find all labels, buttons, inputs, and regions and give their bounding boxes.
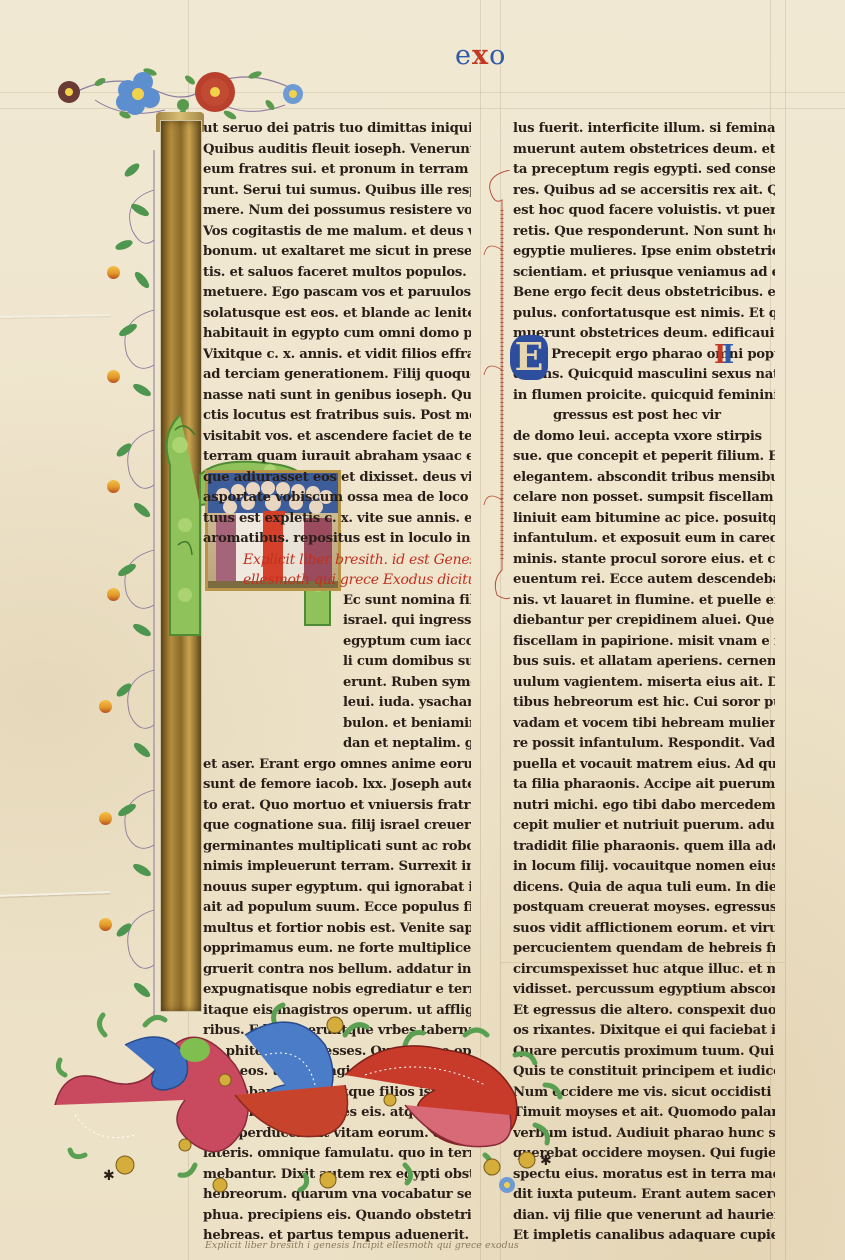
text-line: ta preceptum regis egypti. sed conseruab… bbox=[513, 160, 775, 181]
text-line: infantulum. et exposuit eum in carecto r… bbox=[513, 529, 775, 550]
text-line: Quibus auditis fleuit ioseph. Veneruntqu… bbox=[203, 140, 471, 161]
text-line: israel. qui ingressi sunt bbox=[203, 611, 471, 632]
blue-flower-icon bbox=[116, 72, 160, 115]
text-line: egyptie mulieres. Ipse enim obstetricand… bbox=[513, 242, 775, 263]
text-line: bonum. ut exaltaret me sicut in presenci… bbox=[203, 242, 471, 263]
text-line: de domo leui. accepta vxore stirpis bbox=[513, 427, 775, 448]
text-line: ctis locutus est fratribus suis. Post mo… bbox=[203, 406, 471, 427]
text-line: res. Quibus ad se accersitis rex ait. Qu… bbox=[513, 181, 775, 202]
left-vine-border-icon bbox=[102, 150, 158, 1020]
ruling-line bbox=[785, 0, 786, 1260]
text-line: to erat. Quo mortuo et vniuersis fratrib… bbox=[203, 796, 471, 817]
text-line: scientiam. et priusque veniamus ad eas p… bbox=[513, 263, 775, 284]
text-line: postquam creuerat moyses. egressus ad fr… bbox=[513, 898, 775, 919]
text-line: nasse nati sunt in genibus ioseph. Quibu… bbox=[203, 386, 471, 407]
text-line: in locum filij. vocauitque nomen eius mo… bbox=[513, 857, 775, 878]
text-line: pulus. confortatusque est nimis. Et quia… bbox=[513, 304, 775, 325]
gold-berry-icon bbox=[107, 480, 120, 493]
parchment-crease bbox=[0, 314, 110, 318]
marginal-note: Explicit liber bresith i genesis Incipit… bbox=[205, 1240, 519, 1251]
red-flower-icon bbox=[195, 72, 235, 112]
text-line: dan et neptalim. gad bbox=[203, 734, 471, 755]
acanthus-bottom-border-icon: ✱ ✱ bbox=[45, 995, 585, 1195]
svg-text:✱: ✱ bbox=[540, 1153, 552, 1169]
decorated-initial-e: E bbox=[510, 335, 548, 380]
text-line: terram quam iurauit abraham ysaac et iac… bbox=[203, 447, 471, 468]
text-line: nouus super egyptum. qui ignorabat iosep… bbox=[203, 878, 471, 899]
text-line: Et impletis canalibus adaquare cupiebant bbox=[513, 1226, 775, 1247]
text-line: nutri michi. ego tibi dabo mercedem tuam… bbox=[513, 796, 775, 817]
text-line: Ec sunt nomina filiorum bbox=[203, 591, 471, 612]
text-line: euentum rei. Ecce autem descendebat fili… bbox=[513, 570, 775, 591]
rubric-incipit-exodus: ellesmoth qui grece Exodus dicitur bbox=[203, 570, 471, 591]
text-line: gressus est post hec vir bbox=[513, 406, 775, 427]
text-line: runt. Serui tui sumus. Quibus ille respo… bbox=[203, 181, 471, 202]
text-line: egyptum cum iacob singu- bbox=[203, 632, 471, 653]
text-line: nimis impleuerunt terram. Surrexit inter… bbox=[203, 857, 471, 878]
text-line: muerunt obstetrices deum. edificauit ill… bbox=[513, 324, 775, 345]
text-line: ait ad populum suum. Ecce populus filior… bbox=[203, 898, 471, 919]
text-line: opprimamus eum. ne forte multiplicetur. … bbox=[203, 939, 471, 960]
text-line: solatusque est eos. et blande ac leniter… bbox=[203, 304, 471, 325]
gold-berry-icon bbox=[107, 588, 120, 601]
text-line: que cognatione sua. filij israel creueru… bbox=[203, 816, 471, 837]
text-line: cepit mulier et nutriuit puerum. adultum… bbox=[513, 816, 775, 837]
text-line: bulon. et beniamin bbox=[203, 714, 471, 735]
text-line: multus et fortior nobis est. Venite sapi… bbox=[203, 919, 471, 940]
text-line: celare non posset. sumpsit fiscellam sci… bbox=[513, 488, 775, 509]
text-line: nis. vt lauaret in flumine. et puelle ei… bbox=[513, 591, 775, 612]
rubric-explicit-genesis: Explicit liber bresith. id est Genesis. … bbox=[203, 550, 471, 571]
text-line: percucientem quendam de hebreis fratribu… bbox=[513, 939, 775, 960]
text-line: diebantur per crepidinem aluei. Que cum … bbox=[513, 611, 775, 632]
text-line: eum fratres sui. et pronum in terram ado… bbox=[203, 160, 471, 181]
text-line: erunt. Ruben symeon bbox=[203, 673, 471, 694]
text-line: suos vidit afflictionem eorum. et virum … bbox=[513, 919, 775, 940]
text-line: sunt de femore iacob. lxx. Joseph autem … bbox=[203, 775, 471, 796]
text-line: in flumen proicite. quicquid feminini re… bbox=[513, 386, 775, 407]
text-line: fiscellam in papirione. misit vnam e fam… bbox=[513, 632, 775, 653]
blue-initial-i: I bbox=[722, 340, 734, 370]
text-line: asportate vobiscum ossa mea de loco isto… bbox=[203, 488, 471, 509]
text-line: retis. Que responderunt. Non sunt hebree… bbox=[513, 222, 775, 243]
text-line: mere. Num dei possumus resistere volunta… bbox=[203, 201, 471, 222]
running-head-letter: x bbox=[472, 40, 489, 71]
text-line: circumspexisset huc atque illuc. et nemi… bbox=[513, 960, 775, 981]
text-line: tibus hebreorum est hic. Cui soror pueri… bbox=[513, 693, 775, 714]
text-line: re possit infantulum. Respondit. Vade. P… bbox=[513, 734, 775, 755]
text-line: li cum domibus suis introi- bbox=[203, 652, 471, 673]
gold-berry-icon bbox=[99, 700, 112, 713]
text-line: tuus est expletis c. x. vite sue annis. … bbox=[203, 509, 471, 530]
running-head-letter: o bbox=[489, 40, 506, 71]
gold-berry-icon bbox=[107, 370, 120, 383]
text-line: metuere. Ego pascam vos et paruulos vest… bbox=[203, 283, 471, 304]
text-line: elegantem. abscondit tribus mensibus. Cu… bbox=[513, 468, 775, 489]
brown-flower-icon bbox=[58, 81, 80, 103]
text-line: phua. precipiens eis. Quando obstetricab… bbox=[203, 1206, 471, 1227]
text-line: ut seruo dei patris tuo dimittas iniquit… bbox=[203, 119, 471, 140]
text-line: ta filia pharaonis. Accipe ait puerum is… bbox=[513, 775, 775, 796]
text-line: est hoc quod facere voluistis. vt pueros… bbox=[513, 201, 775, 222]
text-line: et aser. Erant ergo omnes anime eorum qu… bbox=[203, 755, 471, 776]
small-blue-flower-bottom-icon bbox=[499, 1177, 515, 1193]
parchment-crease bbox=[0, 891, 110, 897]
text-line: liniuit eam bitumine ac pice. posuitque … bbox=[513, 509, 775, 530]
text-line: leui. iuda. ysachar. za- bbox=[203, 693, 471, 714]
gold-berry-icon bbox=[99, 918, 112, 931]
small-blue-flower-icon bbox=[283, 84, 303, 104]
text-line: Vos cogitastis de me malum. et deus vert… bbox=[203, 222, 471, 243]
text-line: mos. Precepit ergo pharao omni populo su… bbox=[513, 345, 775, 366]
text-line: tradidit filie pharaonis. quem illa adop… bbox=[513, 837, 775, 858]
text-line: gruerit contra nos bellum. addatur inimi… bbox=[203, 960, 471, 981]
text-line: bus suis. et allatam aperiens. cernensqu… bbox=[513, 652, 775, 673]
text-line: dicens. Quia de aqua tuli eum. In diebus… bbox=[513, 878, 775, 899]
text-line: lus fuerit. interficite illum. si femina… bbox=[513, 119, 775, 140]
text-line: que adiurasset eos et dixisset. deus vis… bbox=[203, 468, 471, 489]
running-head-exo: exo bbox=[455, 40, 506, 71]
text-line: dicens. Quicquid masculini sexus natum f… bbox=[513, 365, 775, 386]
text-line: ad terciam generationem. Filij quoque ma… bbox=[203, 365, 471, 386]
text-line: germinantes multiplicati sunt ac roborat… bbox=[203, 837, 471, 858]
text-line: Vixitque c. x. annis. et vidit filios ef… bbox=[203, 345, 471, 366]
text-line: muerunt autem obstetrices deum. et non f… bbox=[513, 140, 775, 161]
svg-text:✱: ✱ bbox=[103, 1168, 115, 1184]
text-line: sue. que concepit et peperit filium. Et … bbox=[513, 447, 775, 468]
running-head-letter: e bbox=[455, 40, 472, 71]
text-line: aromatibus. repositus est in loculo in e… bbox=[203, 529, 471, 550]
penwork-flourish-icon bbox=[482, 170, 512, 600]
text-line: vadam et vocem tibi hebream mulierem. qu… bbox=[513, 714, 775, 735]
text-line: visitabit vos. et ascendere faciet de te… bbox=[203, 427, 471, 448]
text-line: puella et vocauit matrem eius. Ad quam l… bbox=[513, 755, 775, 776]
green-bud-icon bbox=[180, 1038, 210, 1062]
text-line: Bene ergo fecit deus obstetricibus. et c… bbox=[513, 283, 775, 304]
text-line: minis. stante procul sorore eius. et con… bbox=[513, 550, 775, 571]
gold-berry-icon bbox=[107, 266, 120, 279]
text-line: tis. et saluos faceret multos populos. N… bbox=[203, 263, 471, 284]
manuscript-page: exo bbox=[0, 0, 845, 1260]
text-line: uulum vagientem. miserta eius ait. De in… bbox=[513, 673, 775, 694]
gold-berry-icon bbox=[99, 812, 112, 825]
text-line: habitauit in egypto cum omni domo patris… bbox=[203, 324, 471, 345]
text-line: dian. vij filie que venerunt ad hauriend… bbox=[513, 1206, 775, 1227]
